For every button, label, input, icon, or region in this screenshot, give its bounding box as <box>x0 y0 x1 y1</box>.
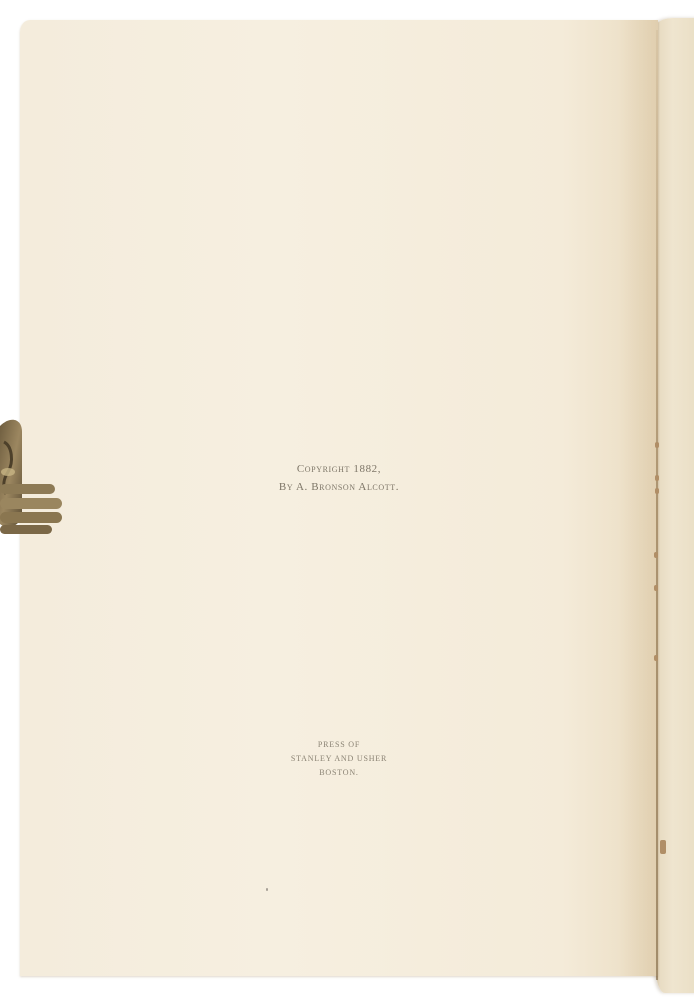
binding-stitch <box>655 488 659 494</box>
imprint-line-2: Stanley and Usher <box>20 752 658 766</box>
copyright-notice: Copyright 1882, By A. Bronson Alcott. <box>20 460 658 496</box>
binding-stitch <box>660 840 666 854</box>
imprint-line-1: Press of <box>20 738 658 752</box>
binding-stitch <box>654 552 658 558</box>
printer-imprint: Press of Stanley and Usher Boston. <box>20 738 658 780</box>
copyright-year-line: Copyright 1882, <box>20 460 658 478</box>
binding-stitch <box>655 442 659 448</box>
binding-stitch <box>654 585 658 591</box>
book-page: Copyright 1882, By A. Bronson Alcott. Pr… <box>20 20 658 976</box>
brass-page-clamp-icon <box>0 412 70 534</box>
imprint-line-3: Boston. <box>20 766 658 780</box>
binding-gutter <box>656 30 658 980</box>
paper-speck <box>266 888 268 891</box>
binding-stitch <box>655 475 659 481</box>
scene: Copyright 1882, By A. Bronson Alcott. Pr… <box>0 0 694 1000</box>
copyright-author-line: By A. Bronson Alcott. <box>20 478 658 496</box>
binding-stitch <box>654 655 658 661</box>
